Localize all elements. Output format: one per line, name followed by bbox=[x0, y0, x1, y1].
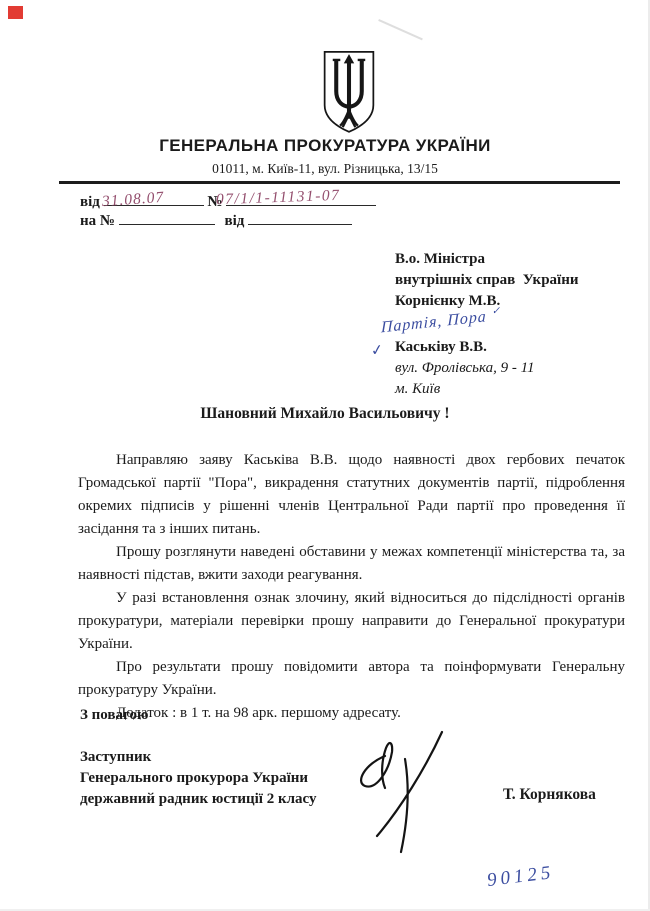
recipient-line: внутрішніх справ України bbox=[395, 270, 579, 291]
body-paragraph: Направляю заяву Каськіва В.В. щодо наявн… bbox=[78, 449, 625, 541]
closing-regards: З повагою bbox=[80, 707, 148, 724]
recipient-address-line: м. Київ bbox=[395, 379, 579, 400]
out-date-label: від bbox=[80, 194, 100, 210]
signature-graphic bbox=[345, 714, 455, 859]
letter-body: Направляю заяву Каськіва В.В. щодо наявн… bbox=[78, 449, 625, 725]
body-paragraph: Прошу розглянути наведені обставини у ме… bbox=[78, 541, 625, 587]
header-divider bbox=[59, 181, 620, 184]
org-address: 01011, м. Київ-11, вул. Різницька, 13/15 bbox=[0, 161, 650, 177]
signer-position-line: Генерального прокурора України bbox=[80, 768, 316, 789]
scan-crease-line bbox=[378, 19, 423, 40]
signer-name: Т. Корнякова bbox=[503, 786, 596, 804]
in-date-blank-line bbox=[248, 211, 352, 225]
recipient-address-line: вул. Фролівська, 9 - 11 bbox=[395, 358, 579, 379]
body-paragraph: Про результати прошу повідомити автора т… bbox=[78, 656, 625, 702]
in-number-label: на № bbox=[80, 213, 115, 229]
recipient-block: В.о. Міністра внутрішніх справ України К… bbox=[395, 249, 579, 400]
handwritten-checkmark-icon: ✓ bbox=[370, 340, 385, 363]
handwritten-registry-number: 90125 bbox=[486, 862, 556, 892]
in-date-label: від bbox=[224, 213, 244, 229]
org-name: ГЕНЕРАЛЬНА ПРОКУРАТУРА УКРАЇНИ bbox=[0, 136, 650, 156]
scanned-letter-page: ГЕНЕРАЛЬНА ПРОКУРАТУРА УКРАЇНИ 01011, м.… bbox=[0, 0, 650, 911]
signer-position-line: Заступник bbox=[80, 747, 316, 768]
recipient-line: Каськіву В.В. bbox=[395, 337, 579, 358]
signer-position-line: державний радник юстиції 2 класу bbox=[80, 789, 316, 810]
in-number-blank-line bbox=[119, 211, 215, 225]
handwritten-tick-icon: ✓ bbox=[492, 305, 500, 317]
reference-line-in: на № від bbox=[80, 211, 352, 230]
signer-position-block: Заступник Генерального прокурора України… bbox=[80, 747, 316, 810]
body-paragraph: У разі встановлення ознак злочину, який … bbox=[78, 587, 625, 656]
recipient-line: В.о. Міністра bbox=[395, 249, 579, 270]
salutation: Шановний Михайло Васильовичу ! bbox=[0, 405, 650, 423]
ukraine-trident-emblem-icon bbox=[320, 48, 378, 138]
scan-corner-mark bbox=[8, 6, 23, 19]
